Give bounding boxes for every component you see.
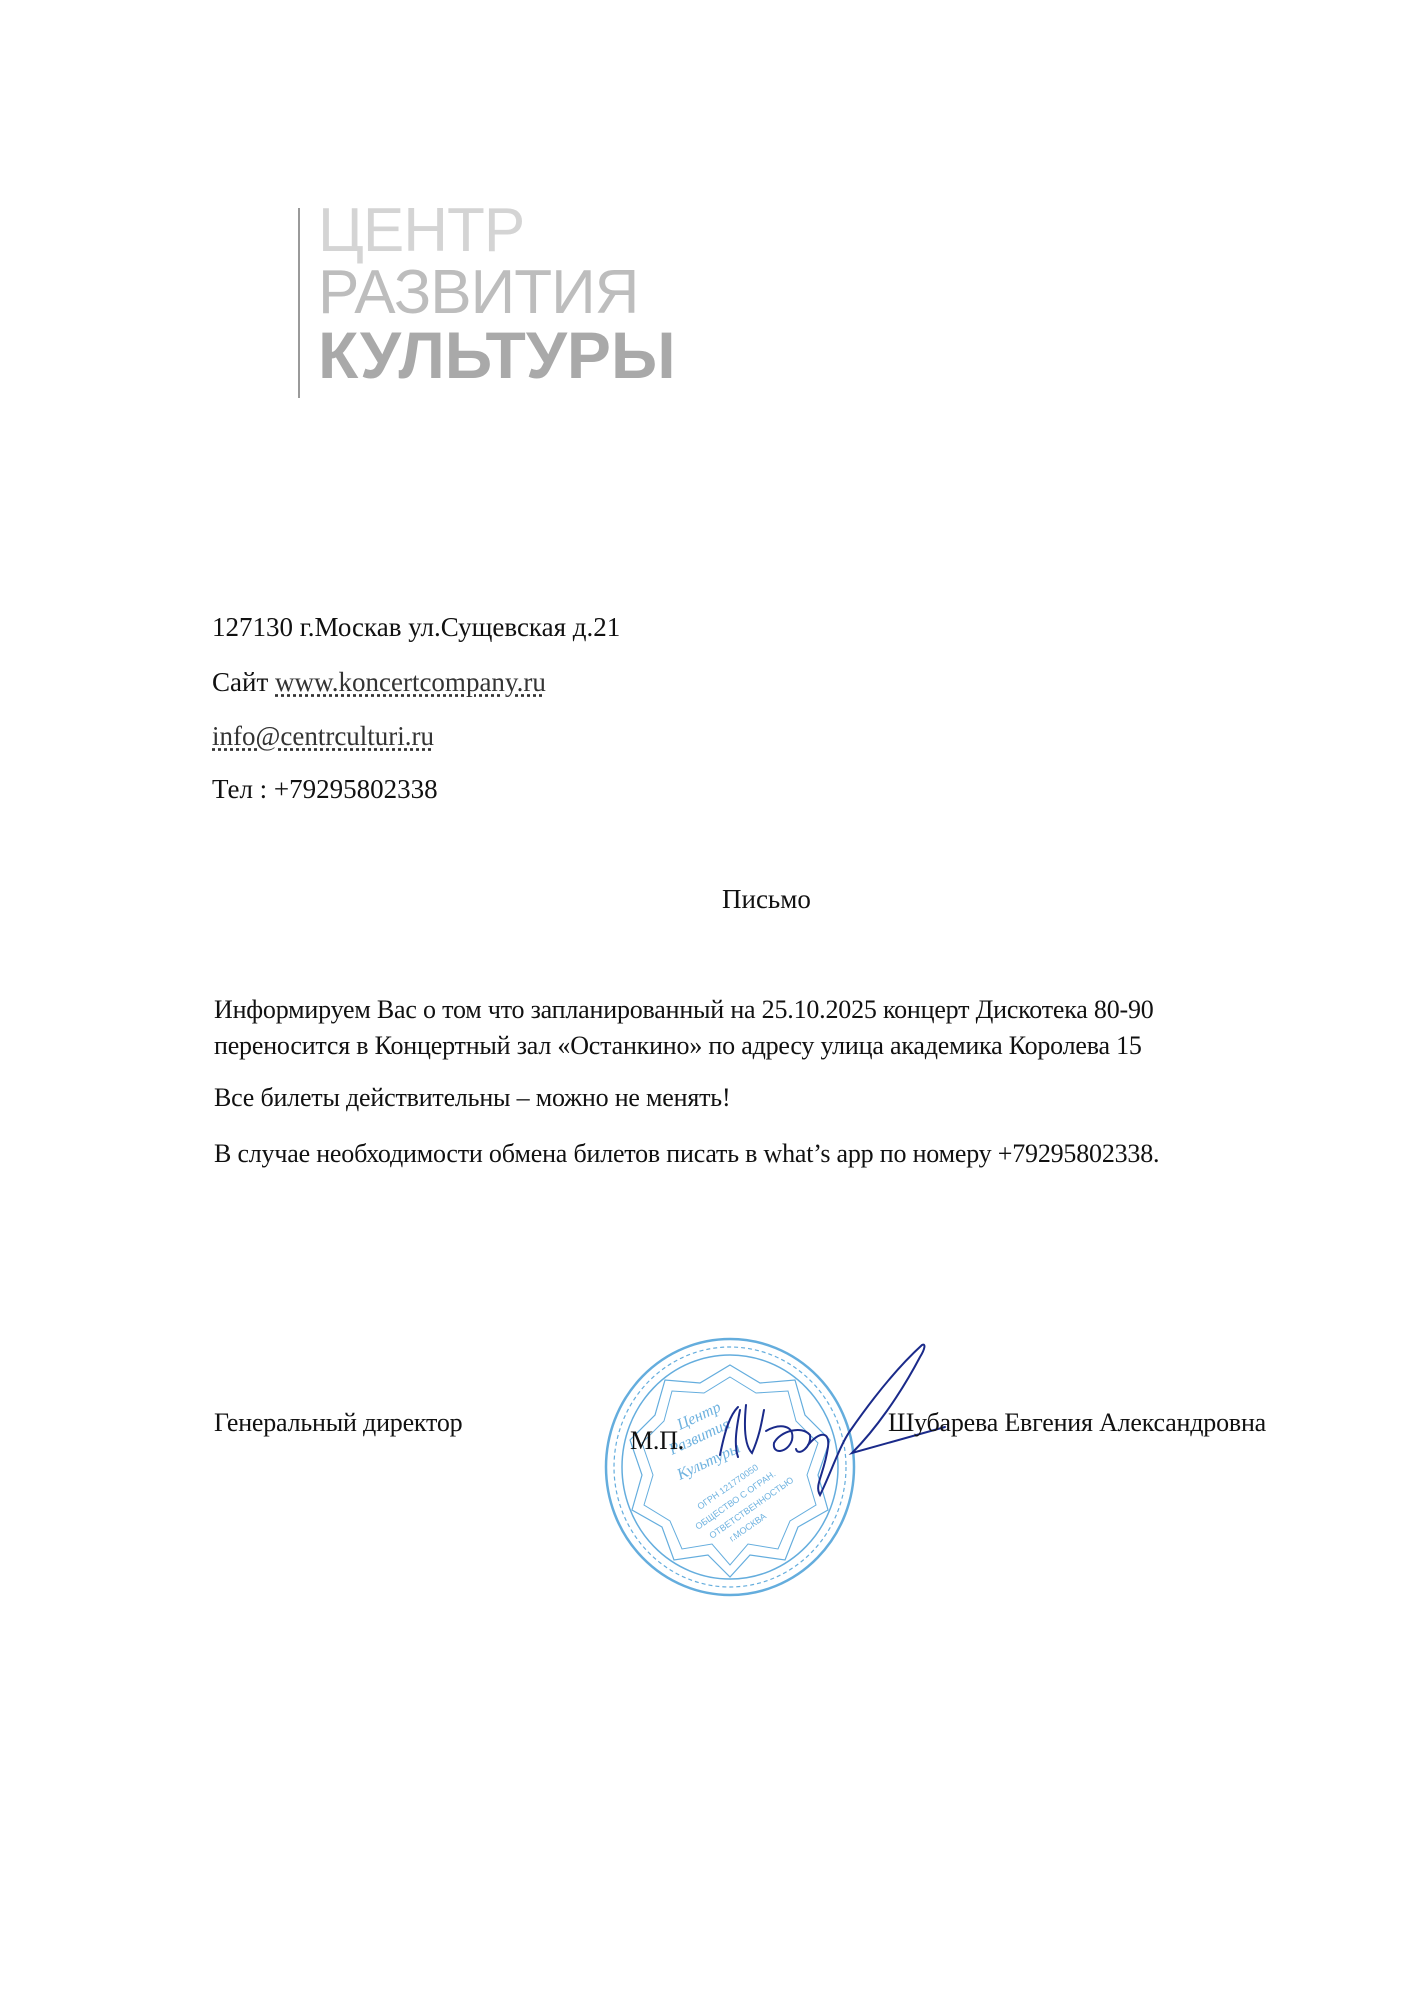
letter-title: Письмо <box>722 884 811 914</box>
email-row: info@centrculturi.ru <box>212 721 434 751</box>
seal-label: М.П. <box>630 1424 684 1458</box>
address: 127130 г.Москав ул.Сущевская д.21 <box>212 612 620 642</box>
website-row: Сайт www.koncertcompany.ru <box>212 667 546 697</box>
signer-name: Шубарева Евгения Александровна <box>888 1406 1266 1440</box>
paragraph-3: В случае необходимости обмена билетов пи… <box>214 1137 1159 1171</box>
logo-line-1: ЦЕНТР <box>318 200 524 262</box>
logo-line-3: КУЛЬТУРЫ <box>318 322 676 388</box>
position-title: Генеральный директор <box>214 1406 462 1440</box>
email-link[interactable]: info@centrculturi.ru <box>212 721 434 751</box>
paragraph-1-line-2: переносится в Концертный зал «Останкино»… <box>214 1029 1142 1063</box>
logo-divider <box>298 208 300 398</box>
website-label: Сайт <box>212 667 268 697</box>
website-link[interactable]: www.koncertcompany.ru <box>275 667 546 697</box>
paragraph-1-line-1: Информируем Вас о том что запланированны… <box>214 993 1154 1027</box>
phone: Тел : +79295802338 <box>212 774 438 804</box>
paragraph-2: Все билеты действительны – можно не меня… <box>214 1081 730 1115</box>
logo-line-2: РАЗВИТИЯ <box>318 262 638 324</box>
